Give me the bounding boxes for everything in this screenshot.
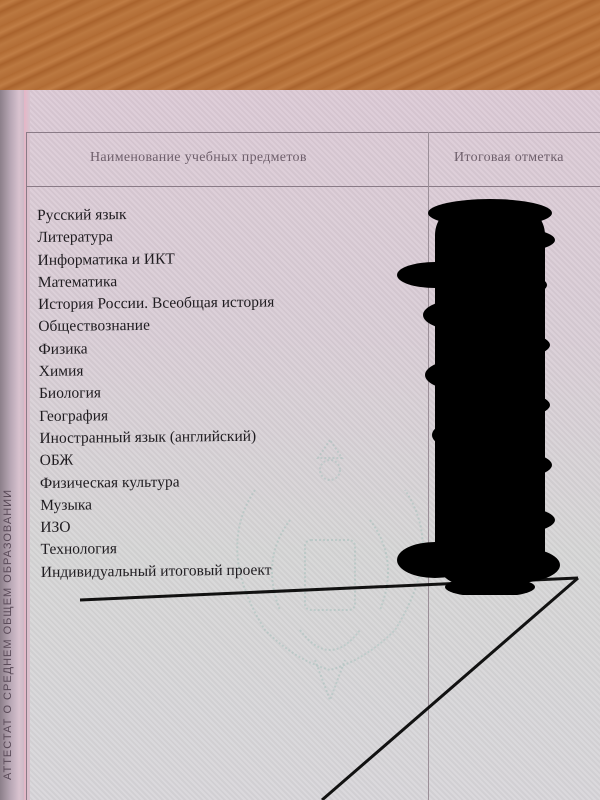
diagonal-strike-line (322, 578, 578, 800)
grades-redaction-scribble (395, 195, 560, 595)
